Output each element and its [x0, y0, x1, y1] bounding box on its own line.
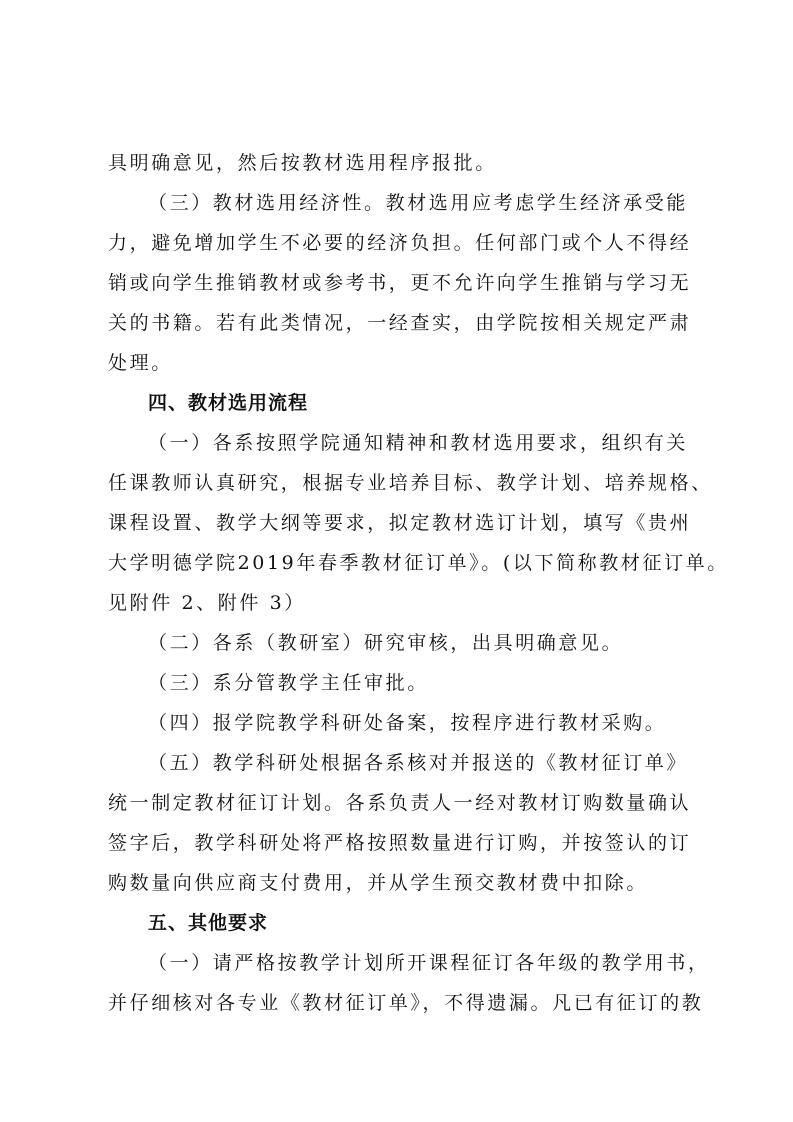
section-heading-other-requirements: 五、其他要求	[148, 908, 268, 938]
body-line: 关的书籍。若有此类情况，一经查实，由学院按相关规定严肃	[108, 308, 691, 338]
body-line: 具明确意见，然后按教材选用程序报批。	[108, 148, 497, 178]
body-line: 见附件 2、附件 3）	[108, 588, 306, 618]
body-line: 大学明德学院2019年春季教材征订单》。(以下简称教材征订单。	[108, 548, 729, 578]
paragraph-process-four: （四）报学院教学科研处备案，按程序进行教材采购。	[148, 708, 666, 738]
section-heading-selection-process: 四、教材选用流程	[148, 388, 308, 418]
body-line: 销或向学生推销教材或参考书，更不允许向学生推销与学习无	[108, 268, 691, 298]
paragraph-three-economy: （三）教材选用经济性。教材选用应考虑学生经济承受能	[148, 188, 688, 218]
body-line: 处理。	[108, 348, 173, 378]
body-line: 签字后，教学科研处将严格按照数量进行订购，并按签认的订	[108, 828, 691, 858]
body-line: 并仔细核对各专业《教材征订单》，不得遗漏。凡已有征订的教	[108, 988, 703, 1018]
paragraph-process-two: （二）各系（教研室）研究审核，出具明确意见。	[148, 628, 623, 658]
body-line: 任课教师认真研究，根据专业培养目标、教学计划、培养规格、	[108, 468, 713, 498]
body-line: 力，避免增加学生不必要的经济负担。任何部门或个人不得经	[108, 228, 691, 258]
body-line: 统一制定教材征订计划。各系负责人一经对教材订购数量确认	[108, 788, 691, 818]
body-line: 课程设置、教学大纲等要求，拟定教材选订计划，填写《贵州	[108, 508, 691, 538]
paragraph-process-three: （三）系分管教学主任审批。	[148, 668, 429, 698]
paragraph-process-five: （五）教学科研处根据各系核对并报送的《教材征订单》	[148, 748, 688, 778]
paragraph-requirements-one: （一）请严格按教学计划所开课程征订各年级的教学用书，	[148, 948, 710, 978]
body-line: 购数量向供应商支付费用，并从学生预交教材费中扣除。	[108, 868, 648, 898]
paragraph-process-one: （一）各系按照学院通知精神和教材选用要求，组织有关	[148, 428, 688, 458]
